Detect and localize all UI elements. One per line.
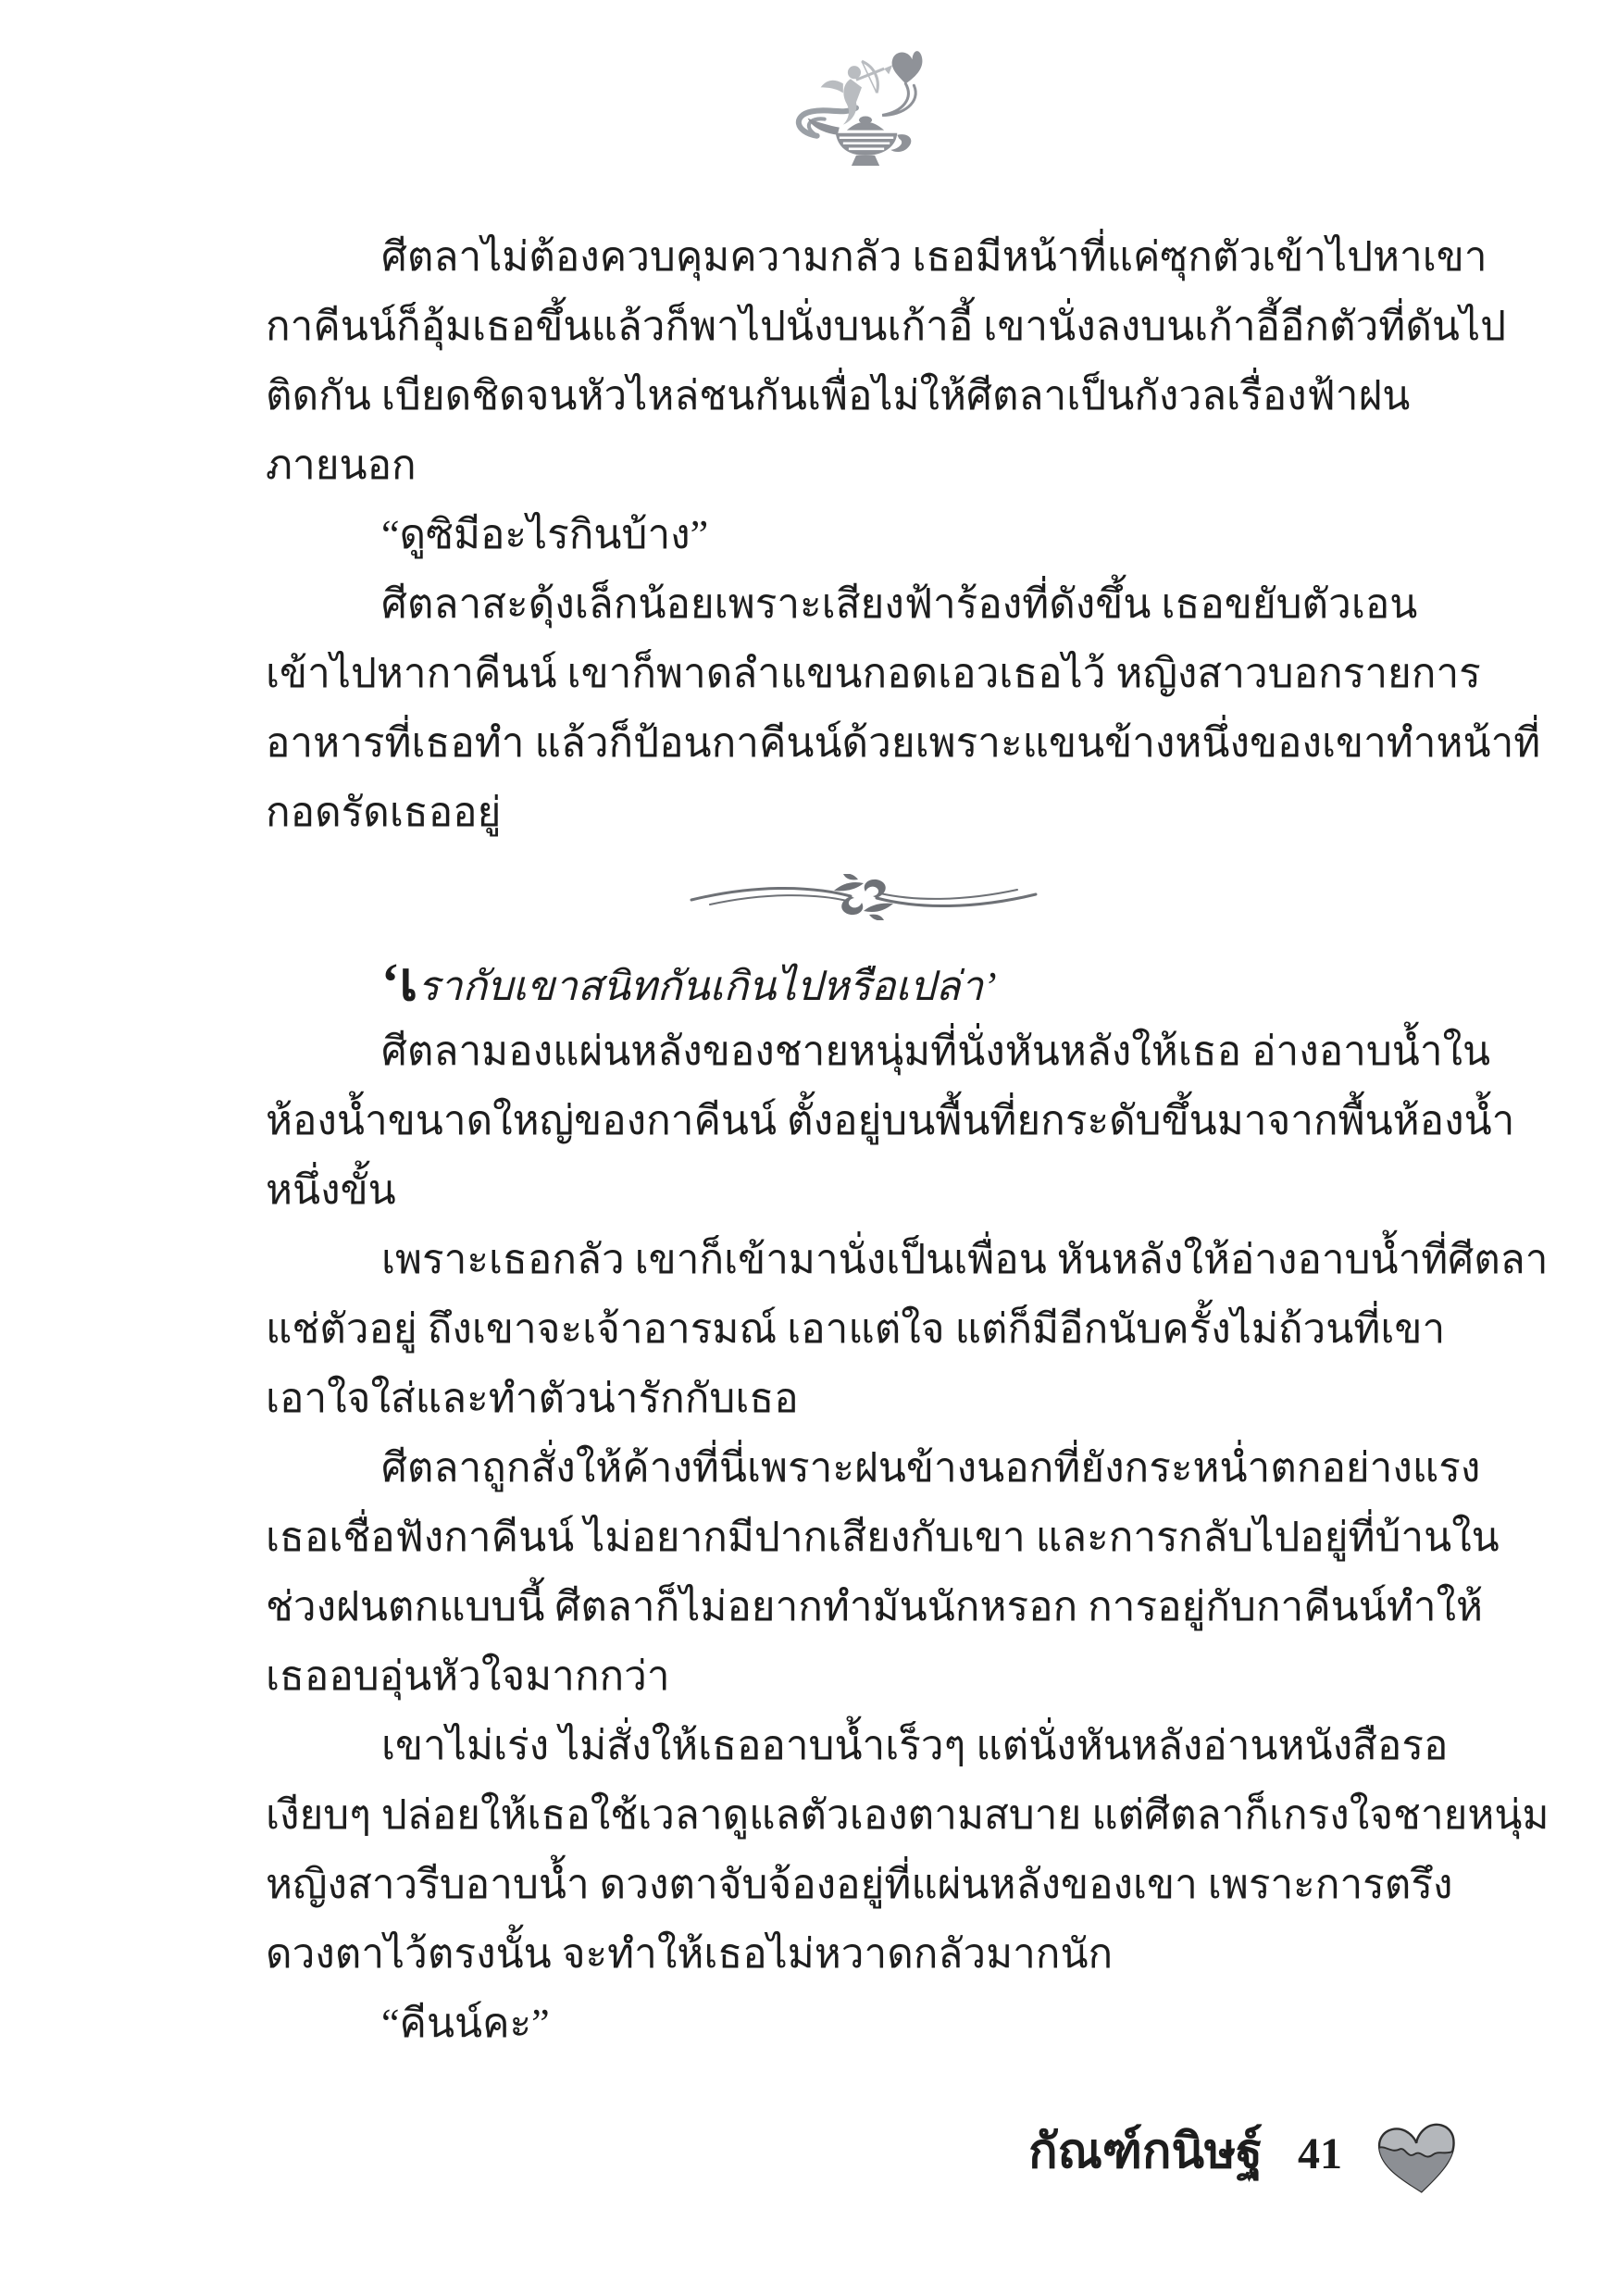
text-line: ศีตลามองแผ่นหลังของชายหนุ่มที่นั่งหันหลั… bbox=[266, 1017, 1462, 1086]
page-body: ศีตลาไม่ต้องควบคุมความกลัว เธอมีหน้าที่แ… bbox=[266, 222, 1462, 2058]
text-line: กาคีนน์ก็อุ้มเธอขึ้นแล้วก็พาไปนั่งบนเก้า… bbox=[266, 292, 1462, 361]
drop-cap: ‘เ bbox=[381, 952, 417, 1012]
genie-lamp-cupid-ornament bbox=[783, 46, 942, 172]
book-page: ศีตลาไม่ต้องควบคุมความกลัว เธอมีหน้าที่แ… bbox=[0, 0, 1618, 2296]
text-line: ภายนอก bbox=[266, 430, 1462, 500]
swirl-flourish-icon bbox=[688, 874, 1039, 920]
body-section-2: ‘เรากับเขาสนิทกันเกินไปหรือเปล่า’ศีตลามอ… bbox=[266, 947, 1462, 2058]
text-line: “ดูซิมีอะไรกินบ้าง” bbox=[266, 500, 1462, 569]
text-line: เขาไม่เร่ง ไม่สั่งให้เธออาบน้ำเร็วๆ แต่น… bbox=[266, 1711, 1462, 1780]
body-section-1: ศีตลาไม่ต้องควบคุมความกลัว เธอมีหน้าที่แ… bbox=[266, 222, 1462, 847]
text-line: อาหารที่เธอทำ แล้วก็ป้อนกาคีนน์ด้วยเพราะ… bbox=[266, 708, 1462, 778]
header-ornament bbox=[783, 46, 942, 172]
text-line: กอดรัดเธออยู่ bbox=[266, 778, 1462, 847]
book-title: กัณฑ์กนิษฐ์ bbox=[1028, 2128, 1263, 2190]
text-line: เข้าไปหากาคีนน์ เขาก็พาดลำแขนกอดเอวเธอไว… bbox=[266, 639, 1462, 708]
genie-lamp-icon bbox=[808, 117, 912, 166]
bow-and-arrow bbox=[856, 61, 892, 93]
text-line: ติดกัน เบียดชิดจนหัวไหล่ชนกันเพื่อไม่ให้… bbox=[266, 361, 1462, 430]
text-line: หนึ่งขั้น bbox=[266, 1155, 1462, 1225]
heart-icon bbox=[892, 51, 923, 83]
text-line: เธอเชื่อฟังกาคีนน์ ไม่อยากมีปากเสียงกับเ… bbox=[266, 1503, 1462, 1572]
text-line: “คีนน์คะ” bbox=[266, 1989, 1462, 2058]
scene-divider bbox=[266, 847, 1462, 947]
text-line: ดวงตาไว้ตรงนั้น จะทำให้เธอไม่หวาดกลัวมาก… bbox=[266, 1919, 1462, 1989]
page-footer: กัณฑ์กนิษฐ์ 41 bbox=[1028, 2120, 1459, 2198]
text-line: ศีตลาไม่ต้องควบคุมความกลัว เธอมีหน้าที่แ… bbox=[266, 222, 1462, 292]
text-line: หญิงสาวรีบอาบน้ำ ดวงตาจับจ้องอยู่ที่แผ่น… bbox=[266, 1850, 1462, 1919]
text-line: ช่วงฝนตกแบบนี้ ศีตลาก็ไม่อยากทำมันนักหรอ… bbox=[266, 1572, 1462, 1641]
cupid-icon bbox=[821, 66, 862, 124]
text-line: เอาใจใส่และทำตัวน่ารักกับเธอ bbox=[266, 1364, 1462, 1433]
melting-heart-icon bbox=[1377, 2120, 1459, 2198]
text-line: เธออบอุ่นหัวใจมากกว่า bbox=[266, 1641, 1462, 1711]
text-line: เงียบๆ ปล่อยให้เธอใช้เวลาดูแลตัวเองตามสบ… bbox=[266, 1780, 1462, 1850]
text-line: ‘เรากับเขาสนิทกันเกินไปหรือเปล่า’ bbox=[266, 947, 1462, 1017]
page-number: 41 bbox=[1298, 2132, 1342, 2186]
text-line: ศีตลาสะดุ้งเล็กน้อยเพราะเสียงฟ้าร้องที่ด… bbox=[266, 569, 1462, 639]
text-line: แช่ตัวอยู่ ถึงเขาจะเจ้าอารมณ์ เอาแต่ใจ แ… bbox=[266, 1294, 1462, 1364]
text-line: ศีตลาถูกสั่งให้ค้างที่นี่เพราะฝนข้างนอกท… bbox=[266, 1433, 1462, 1503]
heart-tail-swirl bbox=[882, 83, 915, 115]
text-line: เพราะเธอกลัว เขาก็เข้ามานั่งเป็นเพื่อน ห… bbox=[266, 1225, 1462, 1294]
text-line: ห้องน้ำขนาดใหญ่ของกาคีนน์ ตั้งอยู่บนพื้น… bbox=[266, 1086, 1462, 1155]
